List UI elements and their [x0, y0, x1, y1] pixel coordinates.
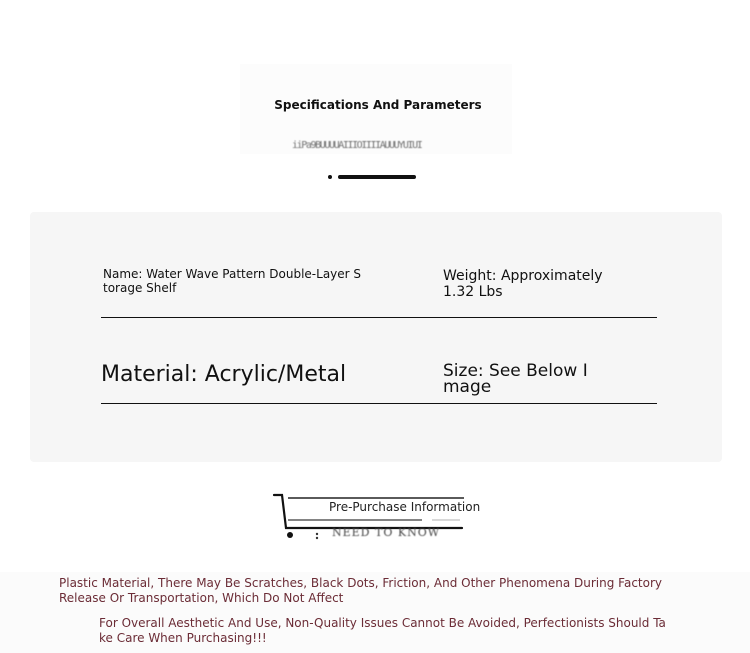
pre-purchase-info-label: Pre-Purchase Information — [328, 500, 481, 514]
section-title: Specifications And Parameters — [240, 98, 516, 112]
divider — [101, 317, 657, 318]
spec-size: Size: See Below Image — [443, 363, 593, 395]
section-subtitle: iiPa9BUUUUAIIIOIIIIAUUUYUIUI — [292, 140, 470, 152]
spec-material: Material: Acrylic/Metal — [101, 362, 346, 387]
specifications-card — [30, 212, 722, 462]
divider — [101, 403, 657, 404]
spec-weight: Weight: Approximately 1.32 Lbs — [443, 268, 613, 300]
carousel-dot-indicator — [328, 175, 332, 179]
carousel-active-indicator — [338, 175, 416, 179]
need-to-know-label: NEED TO KNOW — [332, 526, 440, 539]
notice-paragraph: For Overall Aesthetic And Use, Non-Quali… — [99, 616, 669, 646]
spec-name: Name: Water Wave Pattern Double-Layer St… — [103, 268, 365, 296]
notice-paragraph: Plastic Material, There May Be Scratches… — [59, 576, 679, 606]
